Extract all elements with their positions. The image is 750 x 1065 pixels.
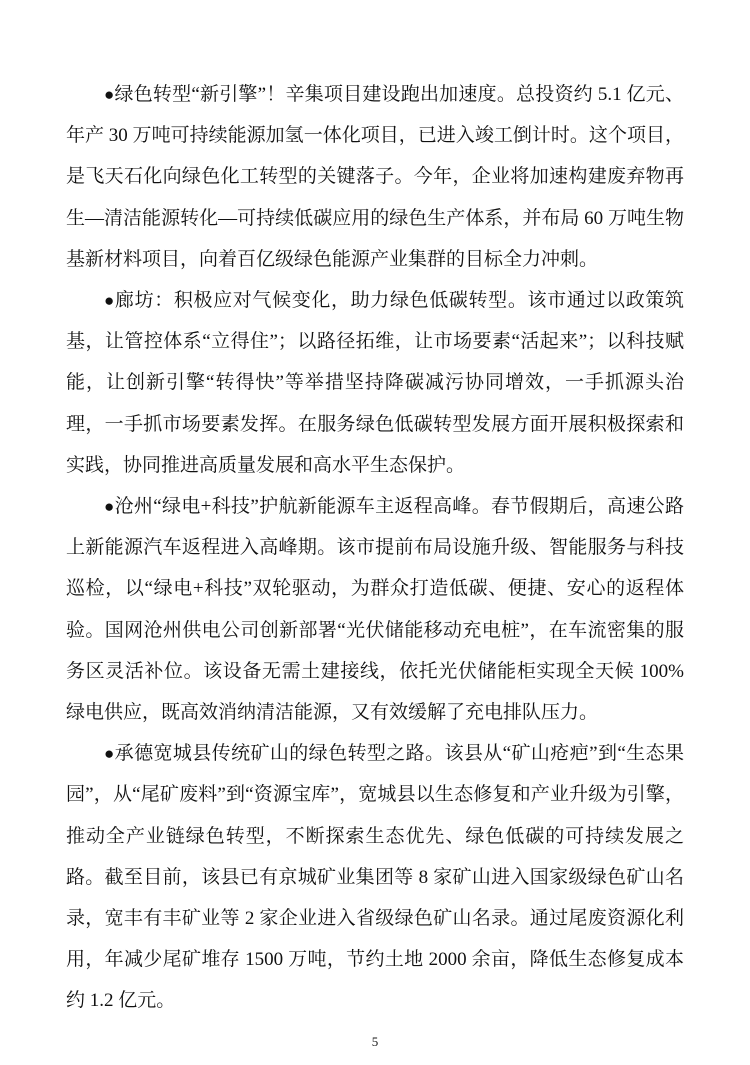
bullet-icon: ● xyxy=(104,744,115,763)
bullet-icon: ● xyxy=(104,85,114,104)
paragraph-langfang: ●廊坊：积极应对气候变化，助力绿色低碳转型。该市通过以政策筑基，让管控体系“立得… xyxy=(66,280,684,486)
page-number: 5 xyxy=(372,1034,379,1049)
page-footer: 5 xyxy=(66,1034,684,1050)
paragraph-cangzhou: ●沧州“绿电+科技”护航新能源车主返程高峰。春节假期后，高速公路上新能源汽车返程… xyxy=(66,486,684,733)
paragraph-text: 承德宽城县传统矿山的绿色转型之路。该县从“矿山疮疤”到“生态果园”，从“尾矿废料… xyxy=(66,743,684,1011)
document-body: ●绿色转型“新引擎”！辛集项目建设跑出加速度。总投资约 5.1 亿元、年产 30… xyxy=(66,74,684,1022)
paragraph-text: 廊坊：积极应对气候变化，助力绿色低碳转型。该市通过以政策筑基，让管控体系“立得住… xyxy=(66,290,684,476)
paragraph-text: 绿色转型“新引擎”！辛集项目建设跑出加速度。总投资约 5.1 亿元、年产 30 … xyxy=(66,84,684,270)
bullet-icon: ● xyxy=(104,291,115,310)
bullet-icon: ● xyxy=(104,497,115,516)
paragraph-xinji-project: ●绿色转型“新引擎”！辛集项目建设跑出加速度。总投资约 5.1 亿元、年产 30… xyxy=(66,74,684,280)
paragraph-chengde-kuancheng: ●承德宽城县传统矿山的绿色转型之路。该县从“矿山疮疤”到“生态果园”，从“尾矿废… xyxy=(66,733,684,1021)
document-page: ●绿色转型“新引擎”！辛集项目建设跑出加速度。总投资约 5.1 亿元、年产 30… xyxy=(0,0,750,1065)
paragraph-text: 沧州“绿电+科技”护航新能源车主返程高峰。春节假期后，高速公路上新能源汽车返程进… xyxy=(66,496,684,723)
